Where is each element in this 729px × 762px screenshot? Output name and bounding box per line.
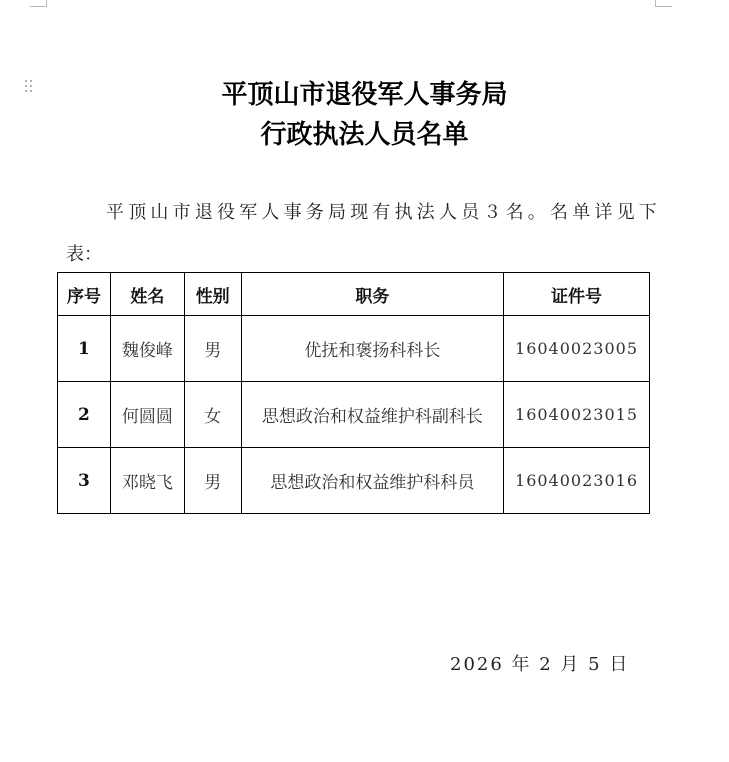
cell-name: 魏俊峰 — [110, 316, 184, 382]
table-row: 2 何圆圆 女 思想政治和权益维护科副科长 16040023015 — [58, 382, 650, 448]
staff-table: 序号 姓名 性别 职务 证件号 1 魏俊峰 男 优抚和褒扬科科长 1604002… — [57, 272, 650, 514]
intro-paragraph-line1: 平顶山市退役军人事务局现有执法人员３名。名单详见下 — [106, 198, 661, 224]
cell-position: 优抚和褒扬科科长 — [241, 316, 503, 382]
document-title-line2: 行政执法人员名单 — [0, 114, 729, 151]
document-date: 2026 年 2 月 5 日 — [450, 650, 629, 676]
cell-gender: 男 — [184, 316, 241, 382]
header-index: 序号 — [58, 273, 111, 316]
cell-name: 邓晓飞 — [110, 448, 184, 514]
table-row: 3 邓晓飞 男 思想政治和权益维护科科员 16040023016 — [58, 448, 650, 514]
cell-name: 何圆圆 — [110, 382, 184, 448]
table-header-row: 序号 姓名 性别 职务 证件号 — [58, 273, 650, 316]
cell-index: 3 — [58, 448, 111, 514]
intro-paragraph-line2: 表： — [66, 240, 102, 266]
cell-cert-no: 16040023005 — [504, 316, 650, 382]
header-cert-no: 证件号 — [504, 273, 650, 316]
page-corner-mark-left — [30, 0, 47, 7]
header-gender: 性别 — [184, 273, 241, 316]
cell-index: 1 — [58, 316, 111, 382]
cell-cert-no: 16040023016 — [504, 448, 650, 514]
cell-position: 思想政治和权益维护科科员 — [241, 448, 503, 514]
header-position: 职务 — [241, 273, 503, 316]
cell-position: 思想政治和权益维护科副科长 — [241, 382, 503, 448]
document-title-line1: 平顶山市退役军人事务局 — [0, 74, 729, 111]
cell-index: 2 — [58, 382, 111, 448]
table-row: 1 魏俊峰 男 优抚和褒扬科科长 16040023005 — [58, 316, 650, 382]
header-name: 姓名 — [110, 273, 184, 316]
cell-gender: 女 — [184, 382, 241, 448]
cell-cert-no: 16040023015 — [504, 382, 650, 448]
page-corner-mark-right — [655, 0, 672, 7]
cell-gender: 男 — [184, 448, 241, 514]
